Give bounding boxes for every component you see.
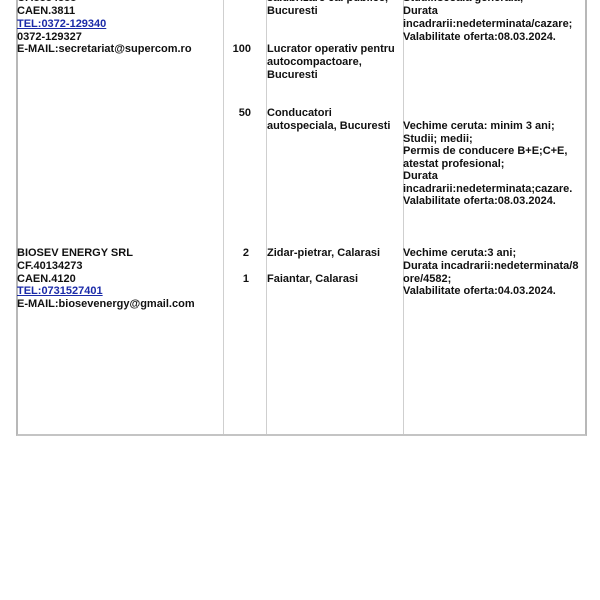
company-caen: CAEN.3811 bbox=[17, 5, 75, 18]
position-count: 2 bbox=[219, 247, 249, 260]
company-caen: CAEN.4120 bbox=[17, 273, 76, 286]
requirements-line: incadrarii:nedeterminata;cazare. bbox=[403, 183, 572, 196]
company-phone-link[interactable]: TEL:0372-129340 bbox=[17, 18, 106, 31]
requirements-line: incadrarii:nedeterminata/cazare; bbox=[403, 18, 572, 31]
requirements-line: Durata bbox=[403, 170, 438, 183]
requirements-line: ore/4582; bbox=[403, 273, 451, 286]
position-count: 50 bbox=[221, 107, 251, 120]
position-title: Bucuresti bbox=[267, 5, 318, 18]
position-title: Conducatori bbox=[267, 107, 332, 120]
column-divider bbox=[223, 0, 224, 434]
requirements-line: Permis de conducere B+E;C+E, bbox=[403, 145, 567, 158]
company-name: BIOSEV ENERGY SRL bbox=[17, 247, 133, 260]
position-title: Faiantar, Calarasi bbox=[267, 273, 358, 286]
requirements-line: Valabilitate oferta:08.03.2024. bbox=[403, 195, 556, 208]
position-title: Lucrator operativ pentru bbox=[267, 43, 395, 56]
requirements-line: Studii; medii; bbox=[403, 133, 473, 146]
requirements-line: Vechime ceruta: minim 3 ani; bbox=[403, 120, 555, 133]
company-email: E-MAIL:biosevenergy@gmail.com bbox=[17, 298, 195, 311]
requirements-line: atestat profesional; bbox=[403, 158, 504, 171]
company-phone-secondary: 0372-129327 bbox=[17, 31, 82, 44]
requirements-line: Valabilitate oferta:04.03.2024. bbox=[403, 285, 556, 298]
requirements-line: Durata bbox=[403, 5, 438, 18]
requirements-line: Valabilitate oferta:08.03.2024. bbox=[403, 31, 556, 44]
position-title: Bucuresti bbox=[267, 69, 318, 82]
company-cf: CF.40134273 bbox=[17, 260, 82, 273]
position-count: 1 bbox=[219, 273, 249, 286]
position-count: 100 bbox=[221, 43, 251, 56]
requirements-line: Vechime ceruta:3 ani; bbox=[403, 247, 516, 260]
company-email: E-MAIL:secretariat@supercom.ro bbox=[17, 43, 192, 56]
position-title: Zidar-pietrar, Calarasi bbox=[267, 247, 380, 260]
position-title: autocompactoare, bbox=[267, 56, 362, 69]
company-phone-link[interactable]: TEL:0731527401 bbox=[17, 285, 103, 298]
requirements-line: Durata incadrarii:nedeterminata/8 bbox=[403, 260, 578, 273]
column-divider bbox=[403, 0, 404, 434]
position-title: autospeciala, Bucuresti bbox=[267, 120, 391, 133]
